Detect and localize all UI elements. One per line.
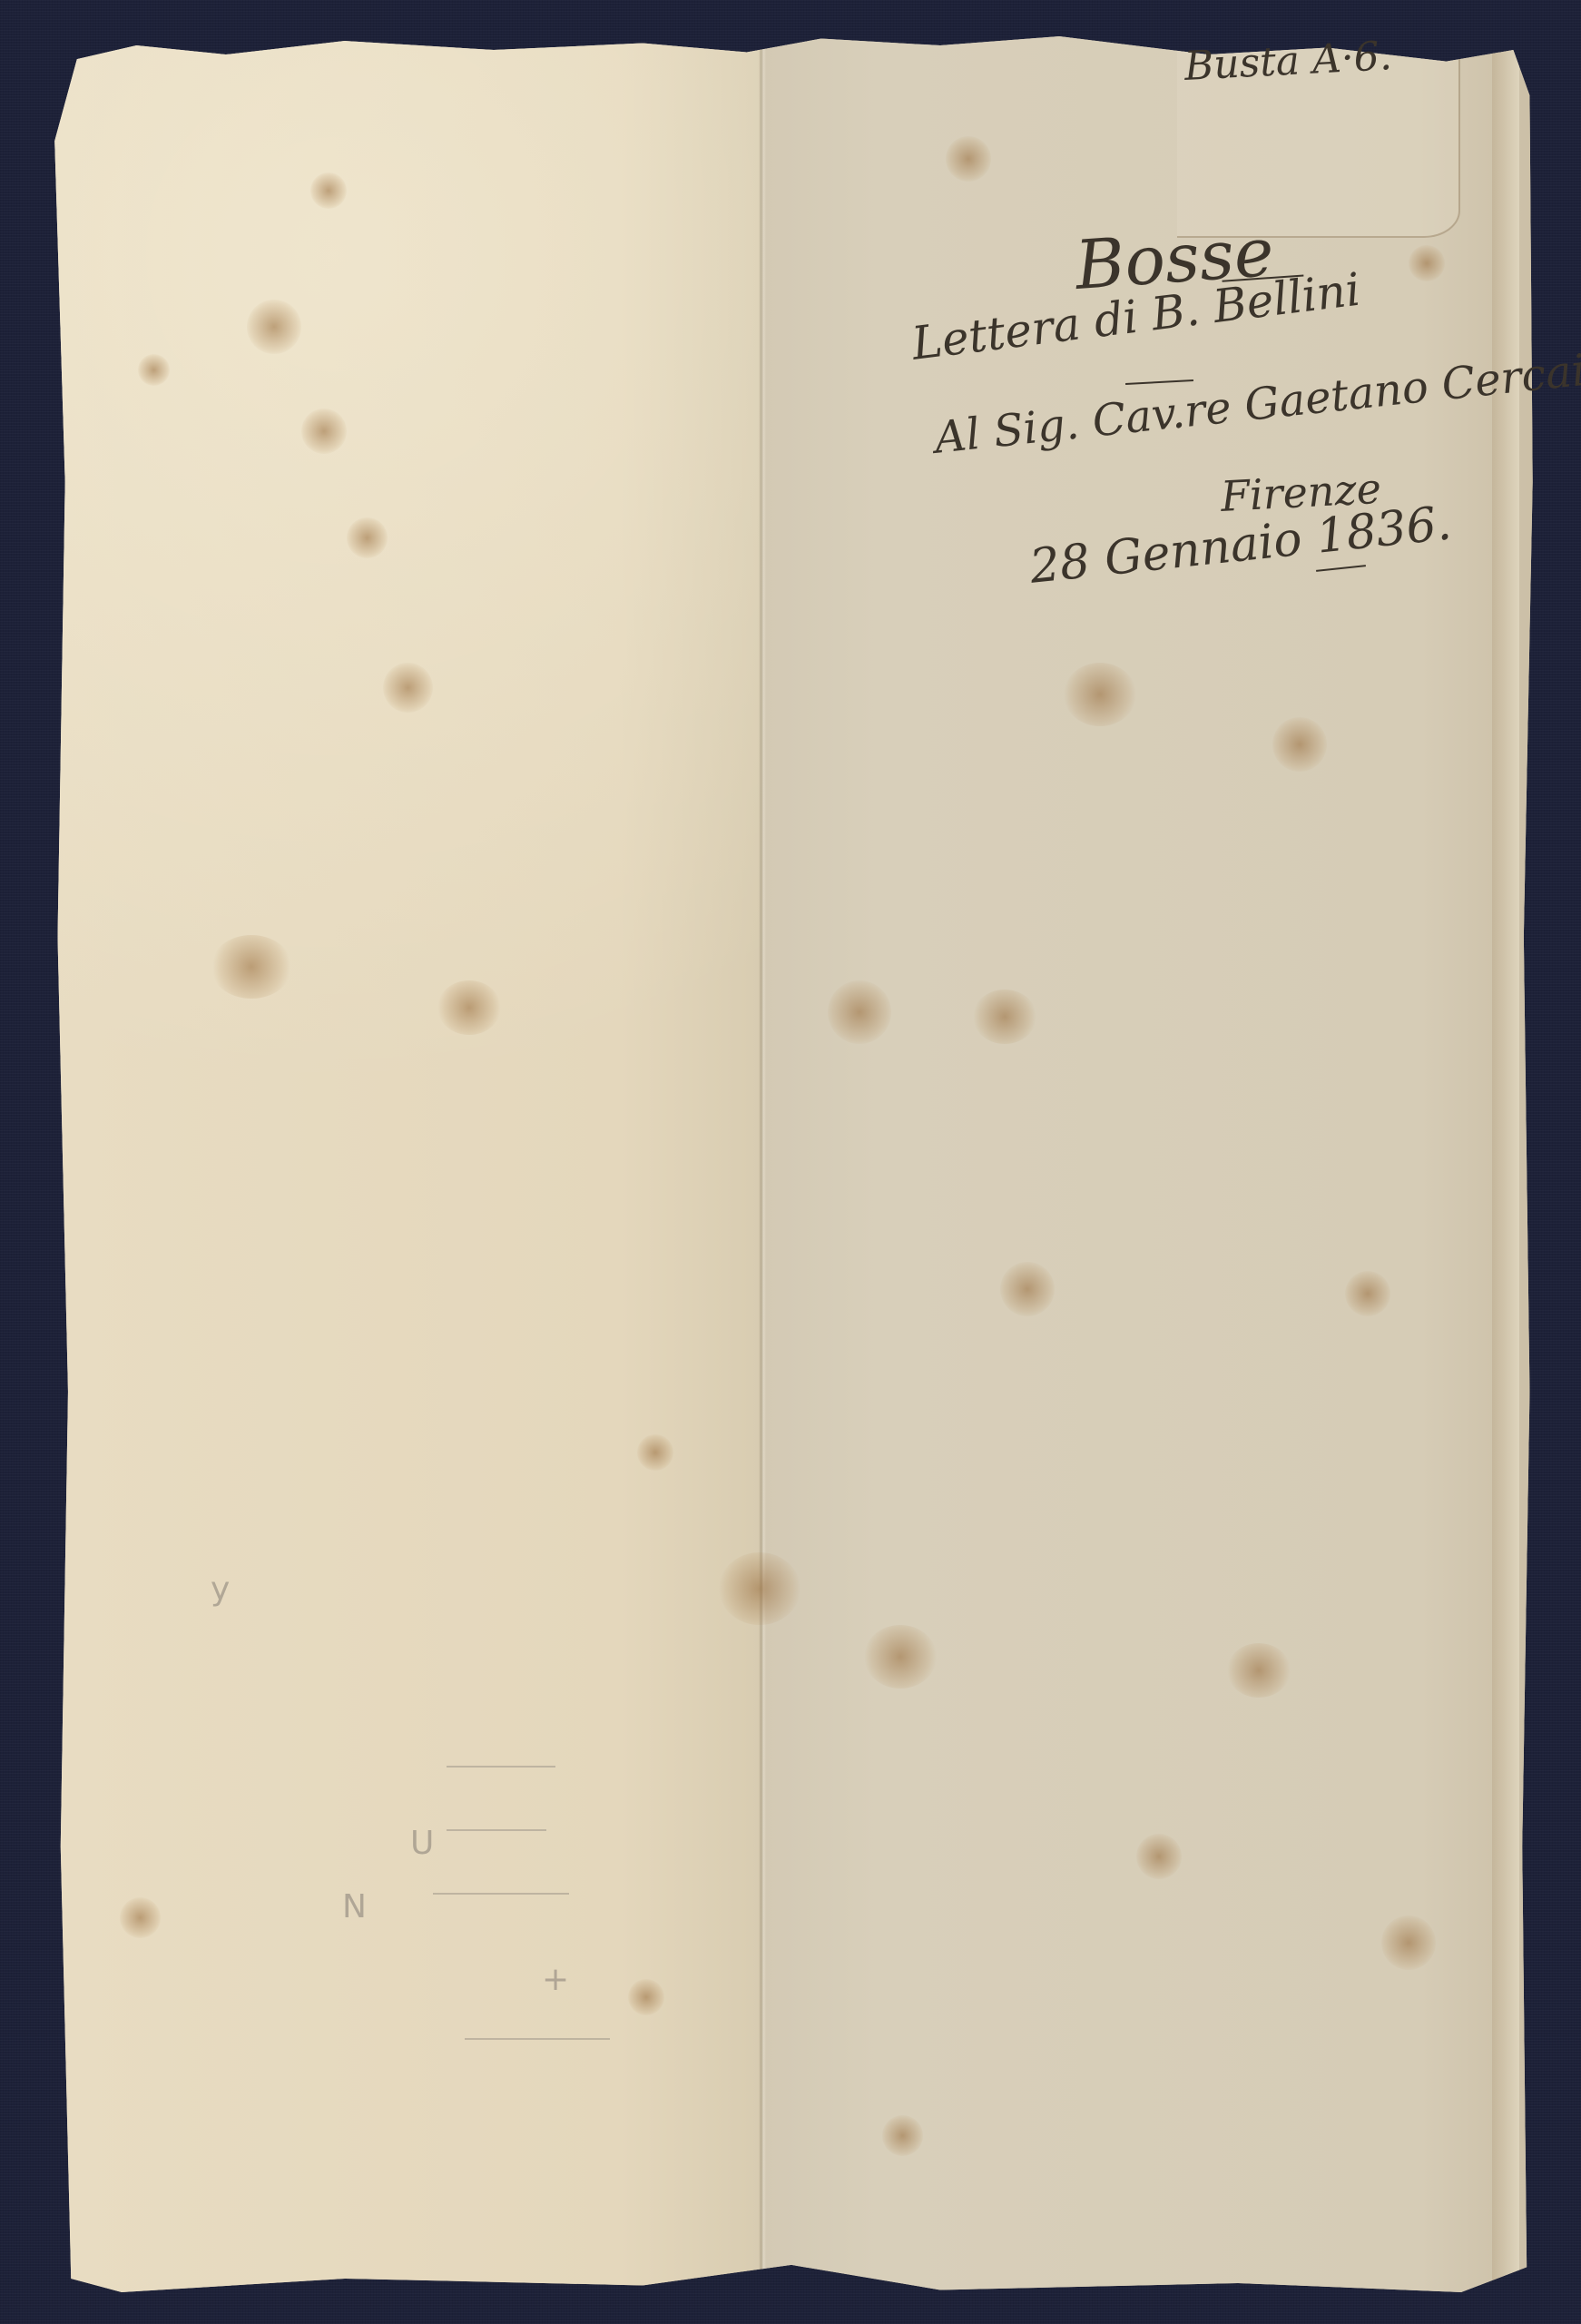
foxing-stain xyxy=(1381,1915,1436,1970)
foxing-stain xyxy=(1227,1643,1291,1698)
foxing-stain xyxy=(1345,1271,1390,1316)
foxing-stain xyxy=(1272,717,1327,772)
center-fold xyxy=(759,27,766,2301)
pencil-line xyxy=(447,1766,555,1768)
pencil-line xyxy=(433,1893,569,1895)
foxing-stain xyxy=(383,663,433,713)
foxing-stain xyxy=(1136,1834,1182,1879)
foxing-stain xyxy=(1000,1262,1055,1316)
foxing-stain xyxy=(828,980,891,1044)
foxing-stain xyxy=(864,1625,937,1689)
pencil-mark: + xyxy=(542,1961,569,1998)
foxing-stain xyxy=(301,409,347,454)
pencil-mark: N xyxy=(342,1888,367,1925)
pencil-line xyxy=(447,1829,546,1831)
foxing-stain xyxy=(437,980,501,1035)
foxing-stain xyxy=(310,172,347,209)
foxing-stain xyxy=(637,1434,673,1471)
pencil-mark: y xyxy=(211,1571,230,1608)
pencil-line xyxy=(465,2038,610,2040)
foxing-stain xyxy=(882,2115,923,2156)
foxing-stain xyxy=(120,1897,161,1938)
foxing-stain xyxy=(1064,663,1136,726)
foxing-stain xyxy=(719,1552,800,1625)
pencil-mark: U xyxy=(410,1825,434,1862)
foxing-stain xyxy=(138,354,170,386)
paper-sheet: y U N + xyxy=(47,27,1536,2301)
foxing-stain xyxy=(973,990,1036,1044)
foxing-stain xyxy=(347,517,388,558)
foxing-stain xyxy=(1409,245,1445,281)
foxing-stain xyxy=(211,935,292,999)
foxing-stain xyxy=(247,300,301,354)
foxing-stain xyxy=(628,1979,664,2015)
foxing-stain xyxy=(946,136,991,182)
